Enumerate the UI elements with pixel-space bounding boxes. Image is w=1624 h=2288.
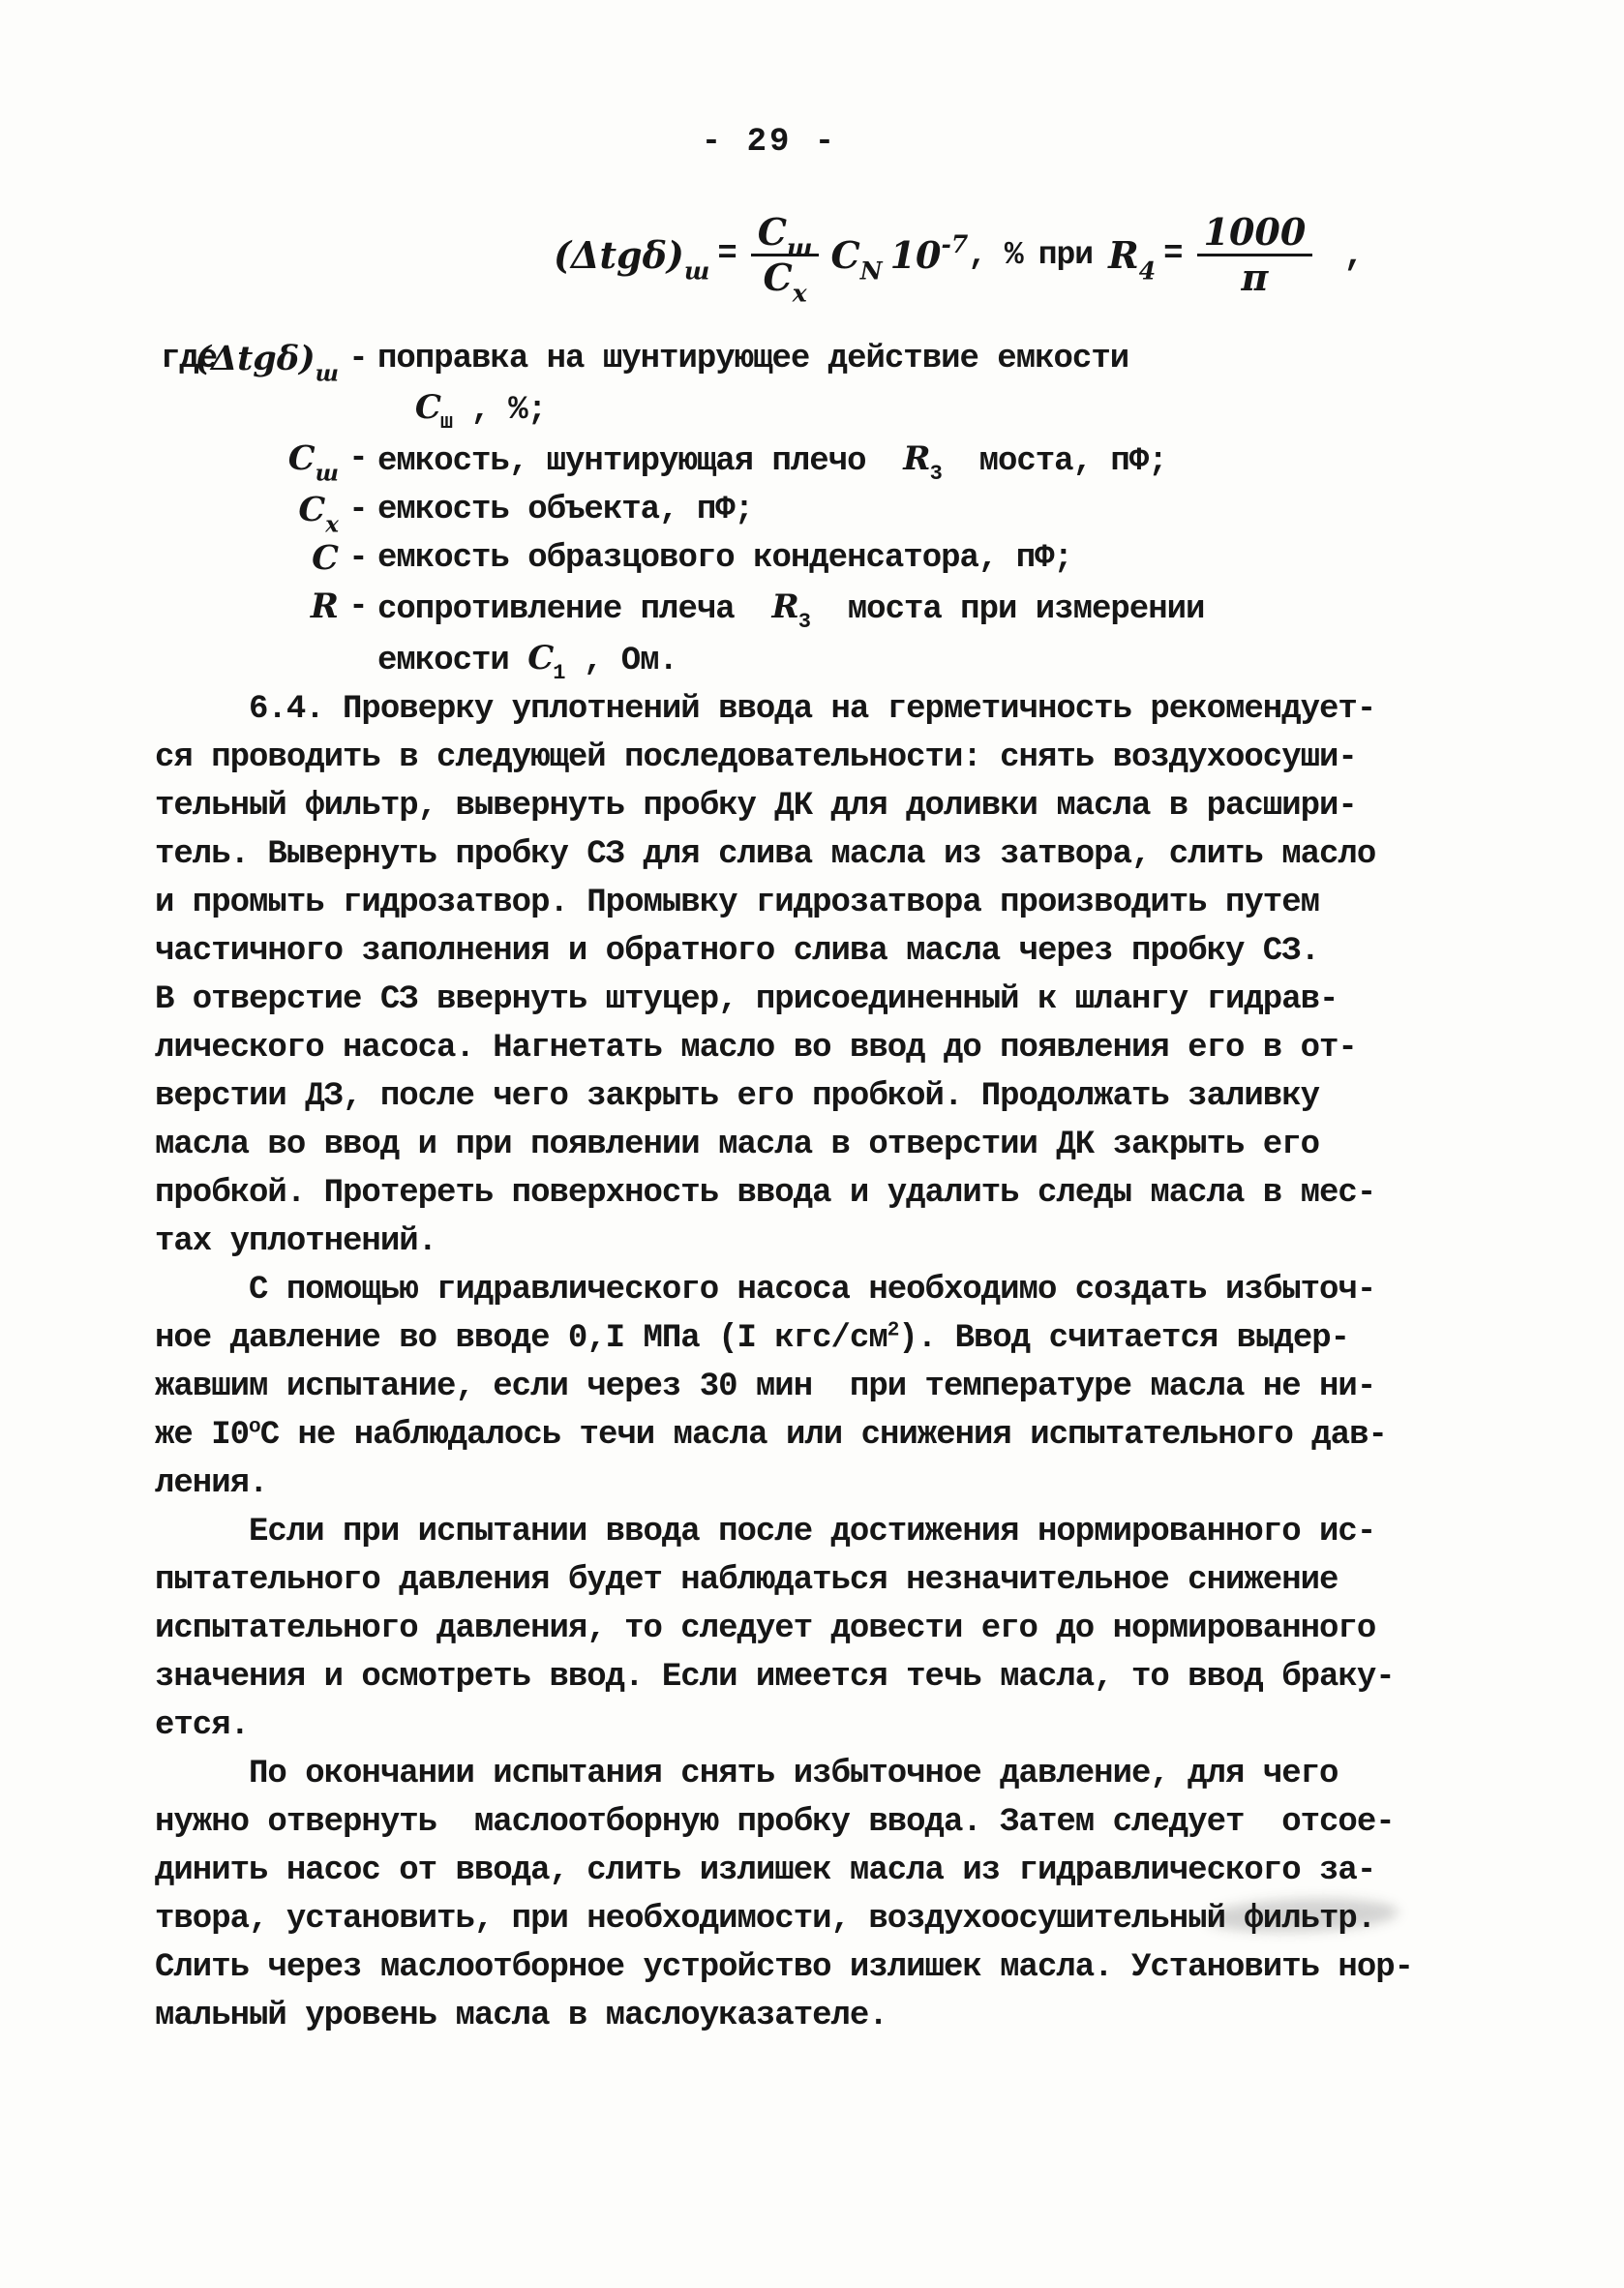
formula: (Δtgδ)ш = Cш Cх CN 10-7 , % при R4 = 100… (554, 186, 1624, 323)
text-line: ное давление во вводе 0,I МПа (I кгс/см2… (155, 1314, 1624, 1363)
definition-line: поправка на шунтирующее действие емкости (377, 335, 1624, 383)
definition-row: C-емкость образцового конденсатора, пФ; (0, 534, 1624, 583)
fraction-1000-pi: 1000 π (1197, 213, 1313, 297)
equals-sign: = (717, 236, 737, 273)
definition-symbol: R (0, 583, 339, 631)
text-line: тах уплотнений. (155, 1218, 1624, 1266)
text-line: ся проводить в следующей последовательно… (155, 734, 1624, 782)
text-line: же I0оС не наблюдалось течи масла или сн… (155, 1411, 1624, 1460)
definition-row: Cх-емкость объекта, пФ; (0, 486, 1624, 534)
text-line: значения и осмотреть ввод. Если имеется … (155, 1653, 1624, 1701)
text-line: пытательного давления будет наблюдаться … (155, 1556, 1624, 1605)
text-line: Слить через маслоотборное устройство изл… (155, 1943, 1624, 1992)
text-line: динить насос от ввода, слить излишек мас… (155, 1847, 1624, 1895)
text-line: частичного заполнения и обратного слива … (155, 927, 1624, 976)
fraction-denominator: Cх (764, 256, 807, 297)
document-body: 6.4. Проверку уплотнений ввода на гермет… (155, 685, 1624, 2040)
definition-dash: - (339, 534, 377, 583)
paragraph: 6.4. Проверку уплотнений ввода на гермет… (155, 685, 1624, 1266)
formula-trailing-comma: , (1343, 235, 1365, 275)
formula-condition-word: при (1038, 237, 1093, 273)
formula-cn: CN (830, 233, 882, 277)
definition-list: (Δtgδ)ш-поправка на шунтирующее действие… (0, 335, 1624, 685)
text-line: Если при испытании ввода после достижени… (155, 1508, 1624, 1556)
text-line: масла во ввод и при появлении масла в от… (155, 1121, 1624, 1169)
where-label: где (161, 335, 217, 383)
text-line: лического насоса. Нагнетать масло во вво… (155, 1024, 1624, 1072)
formula-r4: R4 (1108, 233, 1156, 277)
definition-line: емкость образцового конденсатора, пФ; (377, 534, 1624, 583)
text-line: испытательного давления, то следует дове… (155, 1605, 1624, 1653)
definitions-section: где (Δtgδ)ш-поправка на шунтирующее дейс… (0, 335, 1624, 685)
paragraph: По окончании испытания снять избыточное … (155, 1750, 1624, 2040)
definition-symbol: Cш (0, 435, 339, 483)
text-line: нужно отвернуть маслоотборную пробку вво… (155, 1798, 1624, 1847)
definition-dash: - (339, 335, 377, 383)
text-line: мальный уровень масла в маслоуказателе. (155, 1992, 1624, 2040)
definition-text: поправка на шунтирующее действие емкости… (377, 335, 1624, 435)
definition-symbol: Cх (0, 486, 339, 534)
text-line: жавшим испытание, если через 30 мин при … (155, 1363, 1624, 1411)
fraction-csh-cx: Cш Cх (751, 213, 820, 297)
definition-text: емкость объекта, пФ; (377, 486, 1624, 534)
definition-row: R-сопротивление плеча R3 моста при измер… (0, 583, 1624, 685)
text-line: тельный фильтр, вывернуть пробку ДК для … (155, 782, 1624, 830)
definition-line: емкости C1 , Ом. (377, 634, 1624, 685)
definition-line: сопротивление плеча R3 моста при измерен… (377, 583, 1624, 634)
definition-text: сопротивление плеча R3 моста при измерен… (377, 583, 1624, 685)
fraction-numerator: 1000 (1197, 213, 1313, 256)
definition-dash: - (339, 486, 377, 534)
fraction-numerator: Cш (751, 213, 820, 256)
document-page: - 29 - (Δtgδ)ш = Cш Cх CN 10-7 , % при R… (0, 0, 1624, 2288)
definition-text: емкость образцового конденсатора, пФ; (377, 534, 1624, 583)
page-number: - 29 - (0, 0, 1624, 163)
text-line: В отверстие СЗ ввернуть штуцер, присоеди… (155, 976, 1624, 1024)
formula-lhs: (Δtgδ)ш (554, 233, 709, 277)
equals-sign: = (1163, 236, 1183, 273)
text-line: С помощью гидравлического насоса необход… (155, 1266, 1624, 1314)
definition-symbol: C (0, 534, 339, 583)
definition-row: (Δtgδ)ш-поправка на шунтирующее действие… (0, 335, 1624, 435)
text-line: пробкой. Протереть поверхность ввода и у… (155, 1169, 1624, 1218)
definition-line: емкость, шунтирующая плечо R3 моста, пФ; (377, 435, 1624, 486)
text-line: ется. (155, 1701, 1624, 1750)
text-line: По окончании испытания снять избыточное … (155, 1750, 1624, 1798)
formula-percent: , % (968, 237, 1022, 273)
formula-power-of-ten: 10-7 (890, 233, 969, 277)
paragraph: Если при испытании ввода после достижени… (155, 1508, 1624, 1750)
definition-dash: - (339, 435, 377, 483)
definition-dash: - (339, 583, 377, 631)
text-line: верстии ДЗ, после чего закрыть его пробк… (155, 1072, 1624, 1121)
text-line: и промыть гидрозатвор. Промывку гидрозат… (155, 879, 1624, 927)
definition-line: Cш , %; (377, 383, 1624, 435)
fraction-denominator: π (1241, 256, 1268, 297)
definition-row: Cш-емкость, шунтирующая плечо R3 моста, … (0, 435, 1624, 486)
paragraph: С помощью гидравлического насоса необход… (155, 1266, 1624, 1508)
definition-line: емкость объекта, пФ; (377, 486, 1624, 534)
text-line: твора, установить, при необходимости, во… (155, 1895, 1624, 1943)
text-line: тель. Вывернуть пробку СЗ для слива масл… (155, 830, 1624, 879)
definition-text: емкость, шунтирующая плечо R3 моста, пФ; (377, 435, 1624, 486)
text-line: ления. (155, 1460, 1624, 1508)
text-line: 6.4. Проверку уплотнений ввода на гермет… (155, 685, 1624, 734)
